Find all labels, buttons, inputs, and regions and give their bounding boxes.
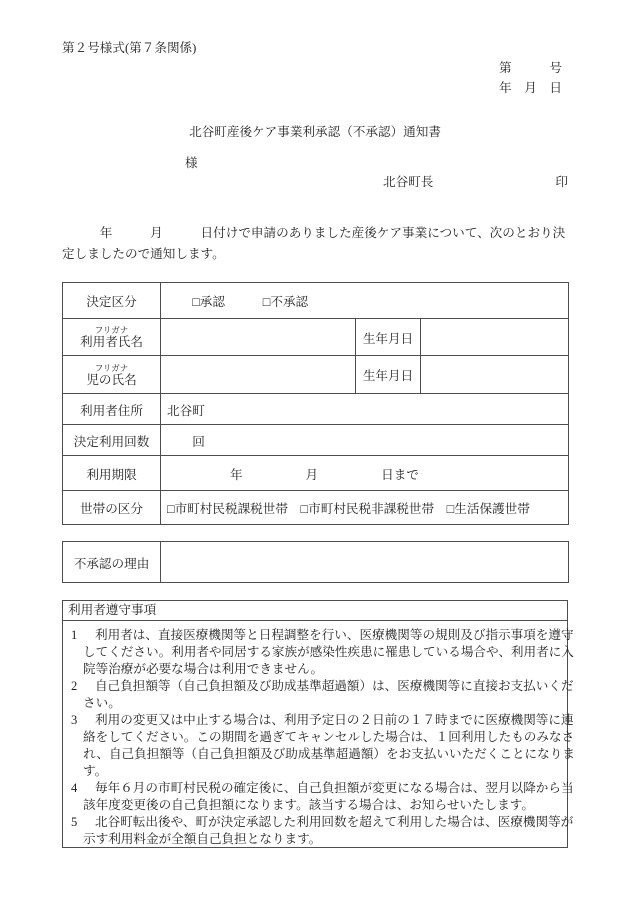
rejection-reason-label: 不承認の理由 xyxy=(63,542,161,583)
addressee-line: 様 xyxy=(62,155,568,172)
table-row-rejection-reason: 不承認の理由 xyxy=(63,542,569,583)
rule-item-5: 5北谷町転出後や、町が決定承認した利用回数を超えて利用した場合は、医療機関等が … xyxy=(64,814,567,848)
child-birthdate-label: 生年月日 xyxy=(356,356,421,394)
rejection-reason-table: 不承認の理由 xyxy=(62,541,569,583)
user-name-value xyxy=(161,319,356,356)
table-row-child-name: フリガナ 児の氏名 生年月日 xyxy=(63,356,569,394)
use-count-value: 回 xyxy=(161,425,569,456)
child-name-label: フリガナ 児の氏名 xyxy=(63,356,161,394)
deadline-label: 利用期限 xyxy=(63,456,161,491)
table-row-household: 世帯の区分 □市町村民税課税世帯 □市町村民税非課税世帯 □生活保護世帯 xyxy=(63,491,569,525)
household-label: 世帯の区分 xyxy=(63,491,161,525)
user-birthdate-label: 生年月日 xyxy=(356,319,421,356)
child-birthdate-value xyxy=(421,356,569,394)
notification-paragraph: 年 月 日付けで申請のありました産後ケア事業について、次のとおり決 定しましたの… xyxy=(62,223,568,265)
table-row-user-name: フリガナ 利用者氏名 生年月日 xyxy=(63,319,569,356)
page-title: 北谷町産後ケア事業利承認（不承認）通知書 xyxy=(62,124,568,141)
deadline-value: 年 月 日まで xyxy=(161,456,569,491)
rule-item-2: 2自己負担額等（自己負担額及び助成基準超過額）は、医療機関等に直接お支払いくだ … xyxy=(64,678,567,712)
user-furigana-label: フリガナ xyxy=(63,325,160,335)
table-row-address: 利用者住所 北谷町 xyxy=(63,394,569,425)
table-row-deadline: 利用期限 年 月 日まで xyxy=(63,456,569,491)
child-name-value xyxy=(161,356,356,394)
document-number-block: 第 号 年 月 日 xyxy=(62,58,568,98)
form-number: 第２号様式(第７条関係) xyxy=(62,40,568,56)
use-count-label: 決定利用回数 xyxy=(63,425,161,456)
user-birthdate-value xyxy=(421,319,569,356)
addressee-suffix: 様 xyxy=(185,156,198,170)
user-rules-box: 1利用者は、直接医療機関等と日程調整を行い、医療機関等の規則及び指示事項を遵守 … xyxy=(62,620,568,848)
child-furigana-label: フリガナ xyxy=(63,363,160,373)
document-date: 年 月 日 xyxy=(62,78,562,98)
address-label: 利用者住所 xyxy=(63,394,161,425)
address-value: 北谷町 xyxy=(161,394,569,425)
rejection-reason-value xyxy=(161,542,569,583)
user-rules-header: 利用者遵守事項 xyxy=(62,600,568,621)
household-checkboxes: □市町村民税課税世帯 □市町村民税非課税世帯 □生活保護世帯 xyxy=(161,491,569,525)
seal-mark: 印 xyxy=(555,174,568,191)
sender-name: 北谷町長 xyxy=(383,174,433,191)
decision-label: 決定区分 xyxy=(63,283,161,319)
rule-item-4: 4毎年６月の市町村民税の確定後に、自己負担額が変更になる場合は、翌月以降から当 … xyxy=(64,780,567,814)
document-page: 第２号様式(第７条関係) 第 号 年 月 日 北谷町産後ケア事業利承認（不承認）… xyxy=(0,0,630,903)
decision-table: 決定区分 □承認 □不承認 フリガナ 利用者氏名 生年月日 フリガナ 児の氏名 … xyxy=(62,282,569,525)
decision-checkboxes: □承認 □不承認 xyxy=(161,283,569,319)
document-number: 第 号 xyxy=(62,58,562,78)
sender-line: 北谷町長 印 xyxy=(62,174,568,191)
table-row-use-count: 決定利用回数 回 xyxy=(63,425,569,456)
rule-item-1: 1利用者は、直接医療機関等と日程調整を行い、医療機関等の規則及び指示事項を遵守 … xyxy=(64,627,567,678)
table-row-decision: 決定区分 □承認 □不承認 xyxy=(63,283,569,319)
rule-item-3: 3利用の変更又は中止する場合は、利用予定日の２日前の１７時までに医療機関等に連 … xyxy=(64,712,567,780)
user-name-label: フリガナ 利用者氏名 xyxy=(63,319,161,356)
